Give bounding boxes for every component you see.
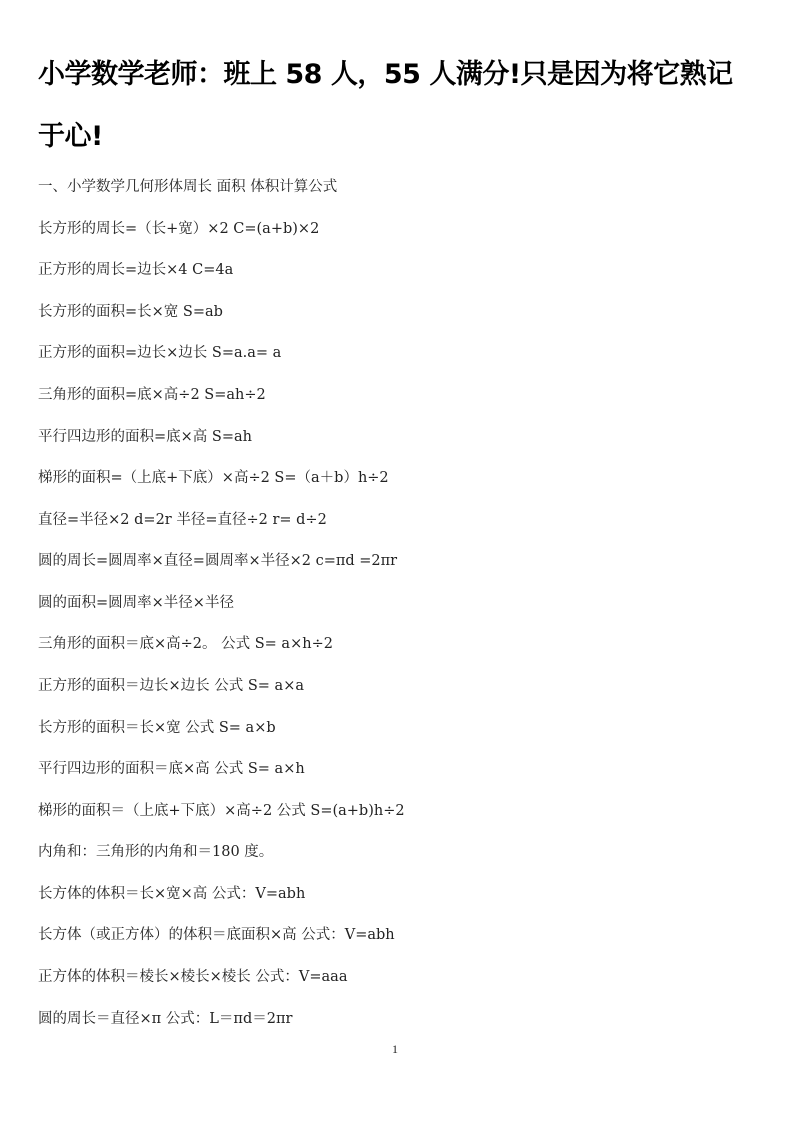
formula-line: 平行四边形的面积=底×高 S=ah [38, 425, 252, 446]
formula-line: 平行四边形的面积＝底×高 公式 S= a×h [38, 757, 305, 778]
formula-line: 圆的周长＝直径×π 公式：L＝πd＝2πr [38, 1007, 292, 1028]
formula-line: 三角形的面积＝底×高÷2。 公式 S= a×h÷2 [38, 632, 333, 653]
document-title-line-1: 小学数学老师：班上 58 人，55 人满分!只是因为将它熟记 [38, 52, 768, 91]
formula-line: 长方体（或正方体）的体积＝底面积×高 公式：V=abh [38, 923, 395, 944]
page-number: 1 [392, 1042, 398, 1057]
formula-line: 长方体的体积＝长×宽×高 公式：V=abh [38, 882, 305, 903]
document-page: 小学数学老师：班上 58 人，55 人满分!只是因为将它熟记 于心! 一、小学数… [0, 0, 793, 1122]
document-title-line-2: 于心! [38, 114, 768, 153]
formula-line: 梯形的面积＝（上底+下底）×高÷2 公式 S=(a+b)h÷2 [38, 799, 405, 820]
formula-line: 正方体的体积＝棱长×棱长×棱长 公式：V=aaa [38, 965, 347, 986]
formula-line: 正方形的周长=边长×4 C=4a [38, 258, 233, 279]
section-heading: 一、小学数学几何形体周长 面积 体积计算公式 [38, 175, 337, 196]
formula-line: 直径=半径×2 d=2r 半径=直径÷2 r= d÷2 [38, 508, 327, 529]
formula-line: 圆的周长=圆周率×直径=圆周率×半径×2 c=πd =2πr [38, 549, 397, 570]
formula-line: 梯形的面积=（上底+下底）×高÷2 S=（a＋b）h÷2 [38, 466, 389, 487]
formula-line: 长方形的面积＝长×宽 公式 S= a×b [38, 716, 276, 737]
formula-line: 内角和：三角形的内角和＝180 度。 [38, 840, 273, 861]
formula-line: 正方形的面积＝边长×边长 公式 S= a×a [38, 674, 304, 695]
formula-line: 圆的面积=圆周率×半径×半径 [38, 591, 234, 612]
formula-line: 长方形的周长=（长+宽）×2 C=(a+b)×2 [38, 217, 319, 238]
formula-line: 长方形的面积=长×宽 S=ab [38, 300, 223, 321]
formula-line: 三角形的面积=底×高÷2 S=ah÷2 [38, 383, 266, 404]
formula-line: 正方形的面积=边长×边长 S=a.a= a [38, 341, 281, 362]
